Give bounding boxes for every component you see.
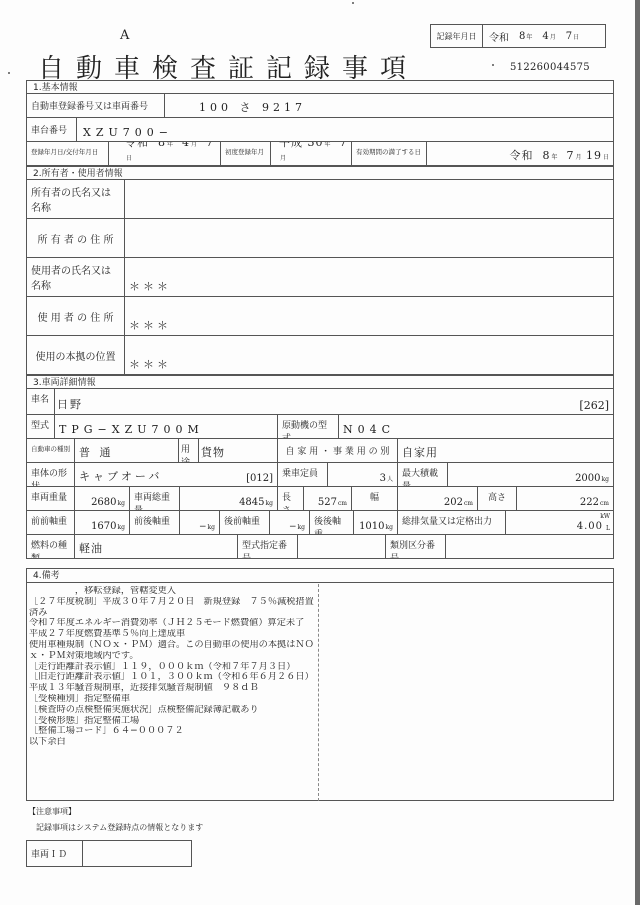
weight-dimensions-row: 車両重量 2680kg 車両総重量 4845kg 長さ 527cm 幅 202c… <box>27 487 613 511</box>
fuel-cell: 軽油 <box>75 535 238 558</box>
fuel-label: 燃料の種類 <box>27 535 75 558</box>
notice-text: 記録事項はシステム登録時点の情報となります <box>36 822 203 833</box>
user-address: ＊＊＊ <box>129 317 171 333</box>
width-cell: 202cm <box>398 487 478 510</box>
max-load-label: 最大積載量 <box>398 463 448 486</box>
private-business: 自家用 <box>402 444 438 460</box>
expiry-date: 令和 8年 7月 19日 <box>509 147 609 163</box>
owner-address-label: 所 有 者 の 住 所 <box>27 219 125 257</box>
body-shape: キャブオーバ <box>79 468 162 484</box>
gross-weight-label: 車両総重量 <box>130 487 180 510</box>
remarks-line: ，移転登録，管轄変更入 <box>29 586 316 597</box>
owner-info-section: 2.所有者・使用者情報 所有者の氏名又は名称 所 有 者 の 住 所 使用者の氏… <box>26 166 614 375</box>
section-heading: 3.車両詳細情報 <box>27 375 613 389</box>
record-date-box: 記録年月日 令和 8年 4月 7日 <box>430 24 606 48</box>
scan-speck <box>492 64 494 66</box>
displacement-cell: kW 4.00 L <box>506 511 613 534</box>
capacity: 3人 <box>380 473 393 484</box>
vehicle-weight-cell: 2680kg <box>75 487 130 510</box>
user-address-label: 使 用 者 の 住 所 <box>27 297 125 335</box>
model: TPG−XZU700M <box>59 423 204 436</box>
height-cell: 222cm <box>517 487 613 510</box>
remarks-line: ［検査時の点検整備実施状況］点検整備記録簿記載あり <box>29 705 316 716</box>
registration-date-cell: 令和 8年 4月 7日 <box>109 142 221 165</box>
category-cell <box>446 535 613 558</box>
ff-axle-cell: 1670kg <box>75 511 130 534</box>
rr-axle: 1010kg <box>359 521 393 532</box>
vehicle-class-label: 自動車の種別 <box>27 439 75 462</box>
chassis-number-label: 車台番号 <box>27 118 77 141</box>
length-label: 長さ <box>278 487 304 510</box>
vehicle-id-box: 車両ＩＤ <box>26 840 192 867</box>
max-load: 2000kg <box>575 473 609 484</box>
remarks-line: 平成２７年度燃費基準５％向上達成車 <box>29 629 316 640</box>
private-business-label: 自 家 用 ・ 事 業 用 の 別 <box>278 439 398 462</box>
vehicle-name: 日野 <box>57 396 83 412</box>
section-heading: 4.備考 <box>27 569 613 583</box>
notice-heading: 【注意事項】 <box>28 806 76 817</box>
record-date-value: 令和 8年 4月 7日 <box>483 25 605 47</box>
capacity-cell: 3人 <box>328 463 398 486</box>
record-date-label: 記録年月日 <box>431 25 483 47</box>
vehicle-id-value <box>83 841 191 866</box>
remarks-line: ｘ・ＰＭ対策地域内です。 <box>29 651 316 662</box>
gross-weight: 4845kg <box>239 497 273 508</box>
body-shape-code: [012] <box>246 473 273 484</box>
engine-model-cell: N04C <box>339 415 613 438</box>
fr-axle-label: 前後軸重 <box>130 511 180 534</box>
max-load-cell: 2000kg <box>448 463 613 486</box>
chassis-number-cell: XZU700− <box>77 118 613 141</box>
first-registration: 平成 30年 7月 <box>279 142 351 163</box>
vehicle-name-cell: 日野 [262] <box>55 389 613 414</box>
body-shape-row: 車体の形状 キャブオーバ [012] 乗車定員 3人 最大積載量 2000kg <box>27 463 613 487</box>
model-row: 型式 TPG−XZU700M 原動機の型式 N04C <box>27 415 613 439</box>
category-label: 類別区分番号 <box>386 535 446 558</box>
vehicle-class-cell: 普 通 <box>75 439 179 462</box>
rr-axle-cell: 1010kg <box>354 511 398 534</box>
rr-axle-label: 後後軸重 <box>310 511 354 534</box>
registration-date: 令和 8年 4月 7日 <box>125 142 220 163</box>
remarks-line: ［走行距離計表示値］１１９，０００ｋｍ（令和７年７月３日） <box>29 662 316 673</box>
section-heading: 2.所有者・使用者情報 <box>27 166 613 180</box>
vehicle-weight: 2680kg <box>91 497 125 508</box>
height-label: 高さ <box>478 487 517 510</box>
vehicle-id-label: 車両ＩＤ <box>27 841 83 866</box>
owner-name-cell <box>125 180 613 218</box>
remarks-line: 以下余白 <box>29 737 316 748</box>
base-location-row: 使用の本拠の位置 ＊＊＊ <box>27 336 613 375</box>
user-name: ＊＊＊ <box>129 278 171 294</box>
remarks-line: 令和７年度エネルギー消費効率（ＪＨ２５モード燃費値）算定未了 <box>29 618 316 629</box>
length: 527cm <box>318 497 347 508</box>
user-name-cell: ＊＊＊ <box>125 258 613 296</box>
remarks-line: ［整備工場コード］６４−０００７２ <box>29 726 316 737</box>
vehicle-info-section: 3.車両詳細情報 車名 日野 [262] 型式 TPG−XZU700M 原動機の… <box>26 375 614 559</box>
fuel: 軽油 <box>79 540 103 556</box>
remarks-line: ［受検種別］指定整備車 <box>29 694 316 705</box>
scan-edge <box>635 0 640 905</box>
expiry-cell: 令和 8年 7月 19日 <box>427 142 613 165</box>
user-address-cell: ＊＊＊ <box>125 297 613 335</box>
rf-axle-label: 後前軸重 <box>220 511 270 534</box>
engine-model-label: 原動機の型式 <box>278 415 339 438</box>
registration-number-cell: 100 さ 9217 <box>165 94 613 117</box>
usage-label: 用途 <box>179 439 199 462</box>
dates-row: 登録年月日/交付年月日 令和 8年 4月 7日 初度登録年月 平成 30年 7月… <box>27 142 613 166</box>
engine-model: N04C <box>343 423 395 436</box>
displacement-label: 総排気量又は定格出力 <box>398 511 506 534</box>
expiry-label: 有効期間の満了する日 <box>352 142 427 165</box>
first-registration-cell: 平成 30年 7月 <box>271 142 352 165</box>
basic-info-section: 1.基本情報 自動車登録番号又は車両番号 100 さ 9217 車台番号 XZU… <box>26 80 614 166</box>
fr-axle-cell: −kg <box>180 511 220 534</box>
width: 202cm <box>444 497 473 508</box>
vehicle-name-label: 車名 <box>27 389 55 414</box>
rf-axle: −kg <box>289 522 305 532</box>
remarks-line: ［受検形態］指定整備工場 <box>29 716 316 727</box>
displacement: 4.00 <box>577 521 603 532</box>
class-row: 自動車の種別 普 通 用途 貨物 自 家 用 ・ 事 業 用 の 別 自家用 <box>27 439 613 463</box>
ff-axle-label: 前前軸重 <box>27 511 75 534</box>
scan-speck <box>8 72 10 74</box>
model-cell: TPG−XZU700M <box>55 415 278 438</box>
remarks-line: 使用車種規制（ＮＯｘ・ＰＭ）適合。この自動車の使用の本拠はＮＯ <box>29 640 316 651</box>
length-cell: 527cm <box>304 487 352 510</box>
body-shape-cell: キャブオーバ [012] <box>75 463 278 486</box>
axle-row: 前前軸重 1670kg 前後軸重 −kg 後前軸重 −kg 後後軸重 1010k… <box>27 511 613 535</box>
first-registration-label: 初度登録年月 <box>221 142 271 165</box>
owner-address-cell <box>125 219 613 257</box>
base-location-cell: ＊＊＊ <box>125 336 613 374</box>
owner-name-label: 所有者の氏名又は名称 <box>27 180 125 218</box>
document-number: 512260044575 <box>510 62 590 73</box>
height: 222cm <box>580 497 609 508</box>
model-label: 型式 <box>27 415 55 438</box>
remarks-section: 4.備考 ，移転登録，管轄変更入［２７年度税制］平成３０年７月２０日 新規登録 … <box>26 568 614 801</box>
fuel-row: 燃料の種類 軽油 型式指定番号 類別区分番号 <box>27 535 613 559</box>
vehicle-weight-label: 車両重量 <box>27 487 75 510</box>
type-designation-cell <box>298 535 386 558</box>
user-name-row: 使用者の氏名又は名称 ＊＊＊ <box>27 258 613 297</box>
remarks-line: ［旧走行距離計表示値］１０１，３００ｋｍ（令和６年６月２６日） <box>29 672 316 683</box>
ff-axle: 1670kg <box>91 521 125 532</box>
vehicle-name-row: 車名 日野 [262] <box>27 389 613 415</box>
usage-cell: 貨物 <box>199 439 278 462</box>
vehicle-class: 普 通 <box>79 444 114 460</box>
type-designation-label: 型式指定番号 <box>238 535 298 558</box>
chassis-number-row: 車台番号 XZU700− <box>27 118 613 142</box>
rf-axle-cell: −kg <box>270 511 310 534</box>
width-label: 幅 <box>352 487 398 510</box>
base-location-label: 使用の本拠の位置 <box>27 336 125 374</box>
copy-mark: A <box>120 28 129 43</box>
scan-speck <box>352 2 354 4</box>
remarks-body: ，移転登録，管轄変更入［２７年度税制］平成３０年７月２０日 新規登録 ７５％減税… <box>27 584 319 801</box>
body-shape-label: 車体の形状 <box>27 463 75 486</box>
private-business-cell: 自家用 <box>398 439 613 462</box>
remarks-line: ［２７年度税制］平成３０年７月２０日 新規登録 ７５％減税措置 <box>29 597 316 608</box>
registration-number: 100 さ 9217 <box>199 99 306 115</box>
usage: 貨物 <box>201 444 225 460</box>
base-location: ＊＊＊ <box>129 356 171 372</box>
gross-weight-cell: 4845kg <box>180 487 278 510</box>
owner-name-row: 所有者の氏名又は名称 <box>27 180 613 219</box>
registration-number-label: 自動車登録番号又は車両番号 <box>27 94 165 117</box>
vehicle-name-code: [262] <box>579 399 609 412</box>
remarks-line: 平成１３年騒音規制車，近接排気騒音規制値 ９８ｄＢ <box>29 683 316 694</box>
user-address-row: 使 用 者 の 住 所 ＊＊＊ <box>27 297 613 336</box>
capacity-label: 乗車定員 <box>278 463 328 486</box>
vehicle-inspection-record-page: A 自動車検査証記録事項 512260044575 記録年月日 令和 8年 4月… <box>0 0 640 905</box>
fr-axle: −kg <box>199 522 215 532</box>
chassis-number: XZU700− <box>83 126 173 139</box>
owner-address-row: 所 有 者 の 住 所 <box>27 219 613 258</box>
section-heading: 1.基本情報 <box>27 80 613 94</box>
registration-number-row: 自動車登録番号又は車両番号 100 さ 9217 <box>27 94 613 118</box>
remarks-line: 済み <box>29 608 316 619</box>
user-name-label: 使用者の氏名又は名称 <box>27 258 125 296</box>
registration-date-label: 登録年月日/交付年月日 <box>27 142 109 165</box>
